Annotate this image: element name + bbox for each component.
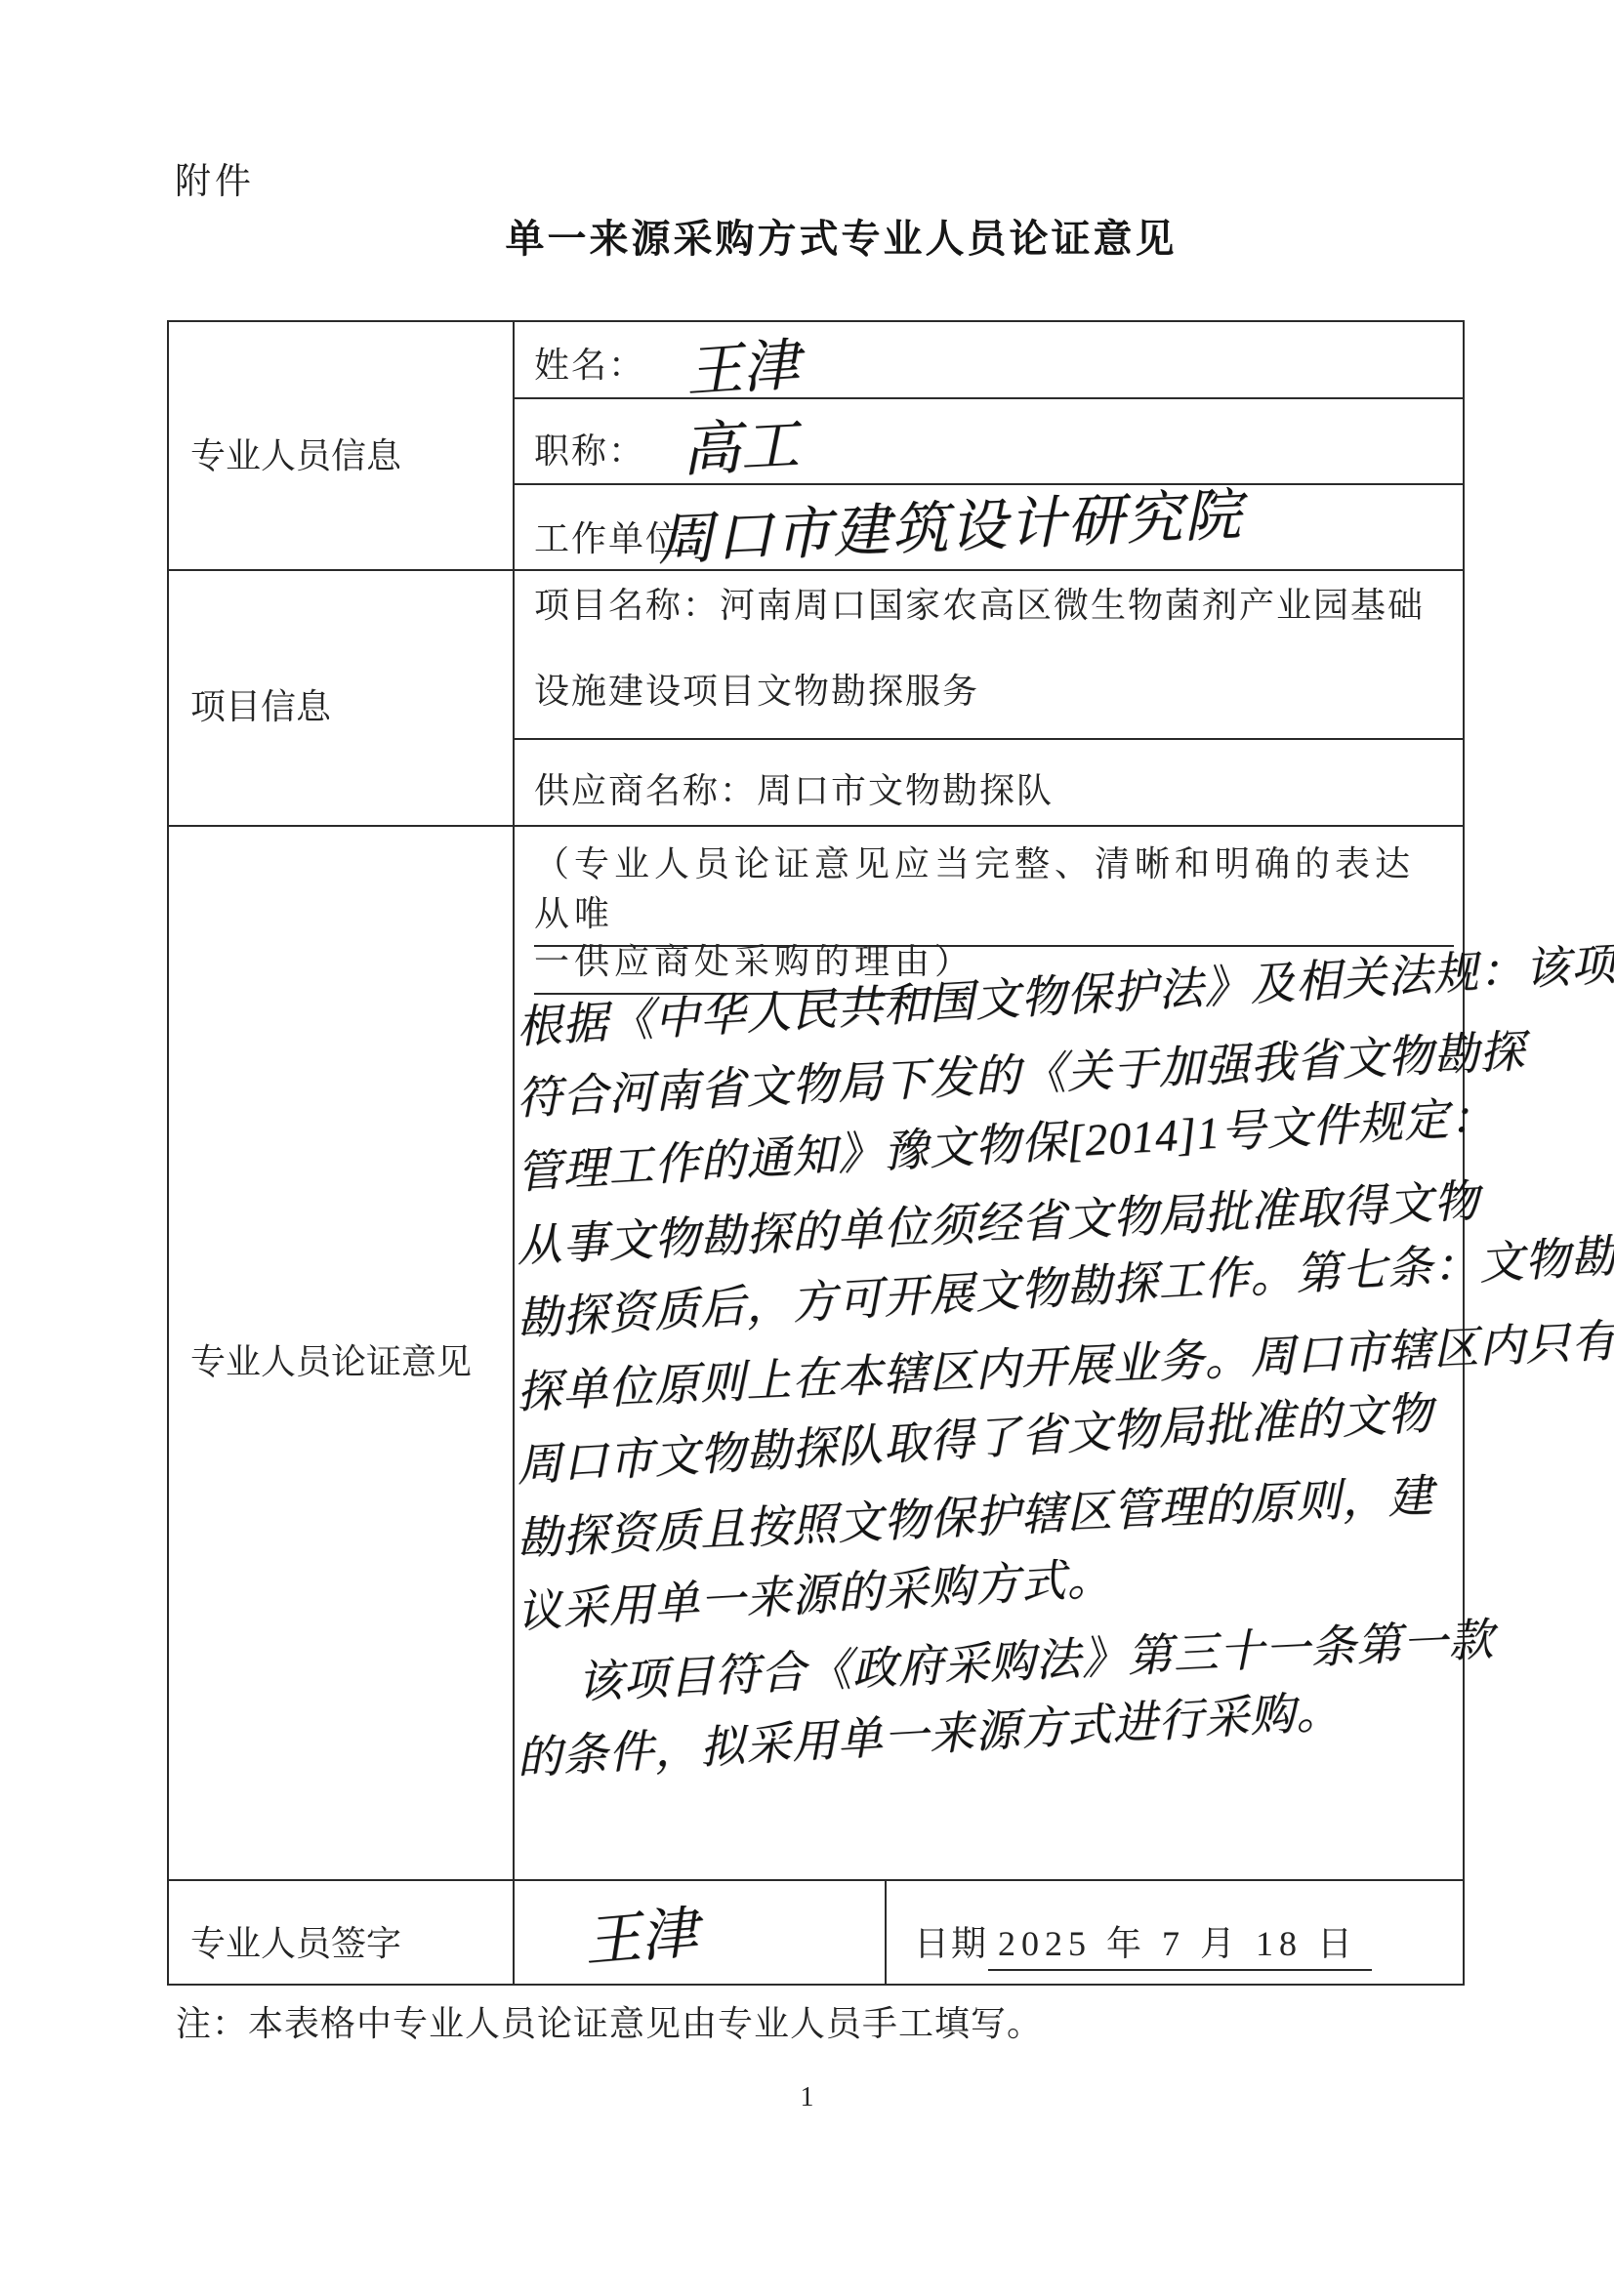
signature-handwritten: 王津: [580, 1886, 700, 1978]
project-name-line-2: 设施建设项目文物勘探服务: [534, 648, 1462, 734]
table-row-divider: [513, 397, 1463, 399]
document-title: 单一来源采购方式专业人员论证意见: [0, 208, 1614, 264]
project-name-line-1: 项目名称：河南周口国家农高区微生物菌剂产业园基础: [534, 562, 1462, 648]
footnote: 注：本表格中专业人员论证意见由专业人员手工填写。: [176, 1996, 1043, 2046]
job-title-label: 职称：: [534, 424, 645, 473]
table-row-divider: [513, 738, 1463, 740]
name-label: 姓名：: [534, 338, 645, 388]
supplier-name-text: 供应商名称：周口市文物勘探队: [534, 763, 1054, 813]
date-value-underlined: 2025 年 7 月 18 日: [988, 1924, 1372, 1971]
section-label-project: 项目信息: [190, 679, 513, 729]
name-value-handwritten: 王津: [683, 318, 802, 408]
date-text: 日期2025 年 7 月 18 日: [914, 1916, 1372, 1966]
opinion-form-table: 专业人员信息 项目信息 专业人员论证意见 专业人员签字 姓名： 王津 职称： 高…: [167, 320, 1465, 1986]
opinion-instruction-line-1: （专业人员论证意见应当完整、清晰和明确的表达从唯: [534, 837, 1454, 947]
date-label: 日期: [914, 1924, 988, 1963]
section-label-personnel: 专业人员信息: [190, 429, 513, 478]
page-number: 1: [0, 2082, 1614, 2113]
signature-row-divider: [885, 1879, 887, 1984]
table-section-divider: [169, 825, 1463, 827]
project-name-text: 项目名称：河南周口国家农高区微生物菌剂产业园基础 设施建设项目文物勘探服务: [534, 562, 1462, 734]
table-section-divider: [169, 1879, 1463, 1881]
job-title-value-handwritten: 高工: [680, 398, 801, 488]
table-column-divider: [513, 322, 515, 1984]
document-page: 附件 单一来源采购方式专业人员论证意见 专业人员信息 项目信息 专业人员论证意见…: [0, 0, 1614, 2296]
section-label-opinion: 专业人员论证意见: [190, 1334, 513, 1384]
signature-label: 专业人员签字: [190, 1916, 513, 1966]
attachment-label: 附件: [175, 151, 255, 204]
